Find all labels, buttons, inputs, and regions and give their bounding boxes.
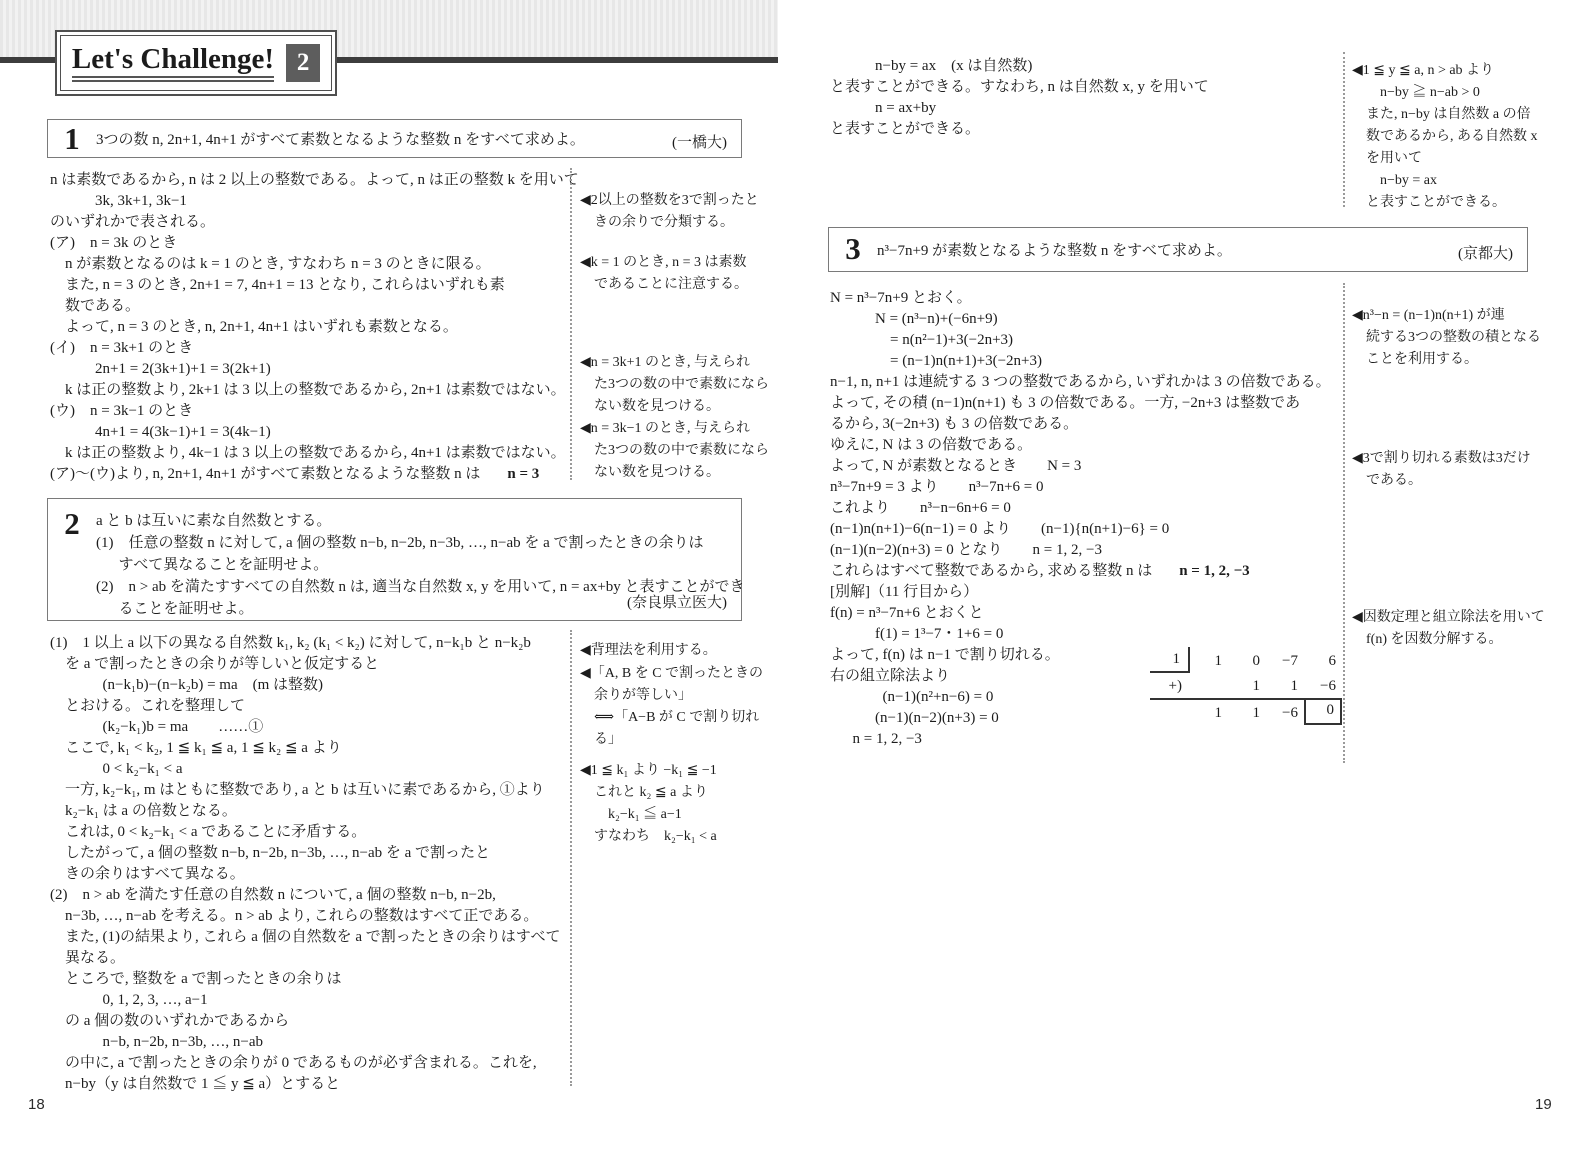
problem-1-number: 1 — [48, 120, 96, 156]
text-line: n = 1, 2, −3 — [830, 729, 1335, 750]
margin-note-line: ◀3で割り切れる素数は3だけ — [1352, 448, 1534, 470]
dotted-separator — [1343, 283, 1345, 763]
text-line: n = ax+by — [830, 98, 1335, 119]
margin-note-line: すなわち k₂−k₁ < a — [580, 826, 752, 848]
text-line: n−by = ax (x は自然数) — [830, 56, 1335, 77]
page-number-left: 18 — [28, 1096, 45, 1113]
margin-note-line: 余りが等しい」 — [580, 685, 752, 707]
margin-note-line: k₂−k₁ ≦ a−1 — [580, 804, 752, 826]
text-line: n−by（y は自然数で 1 ≦ y ≦ a）とすると — [50, 1074, 555, 1095]
margin-note: ◀因数定理と組立除法を用いてf(n) を因数分解する。 — [1352, 607, 1534, 651]
addition-cell: −6 — [1304, 674, 1342, 698]
text-line: ゆえに, N は 3 の倍数である。 — [830, 435, 1335, 456]
margin-notes-problem-2: ◀背理法を利用する。◀「A, B を C で割ったときの余りが等しい」⟺「A−B… — [580, 0, 752, 1167]
text-line: (n−k₁b)−(n−k₂b) = ma (m は整数) — [50, 675, 555, 696]
answer-bold: n = 1, 2, −3 — [1179, 563, 1249, 579]
coefficient-cell: 0 — [1228, 649, 1266, 673]
margin-note: ◀「A, B を C で割ったときの余りが等しい」⟺「A−B が C で割り切れ… — [580, 663, 752, 751]
answer-bold: n = 3 — [507, 466, 539, 482]
dotted-separator — [1343, 52, 1345, 207]
dotted-separator — [570, 630, 572, 1086]
text-line: 異なる。 — [50, 948, 555, 969]
text-line: ところで, 整数を a で割ったときの余りは — [50, 969, 555, 990]
margin-note-line: 続する3つの整数の積となる — [1352, 327, 1534, 349]
margin-note-line: である。 — [1352, 470, 1534, 492]
text-line: k は正の整数より, 4k−1 は 3 以上の整数であるから, 4n+1 は素数… — [50, 443, 555, 464]
text-line: n³−7n+9 = 3 より n³−7n+6 = 0 — [830, 477, 1335, 498]
coefficient-cell: 1 — [1190, 649, 1228, 673]
result-cell: −6 — [1266, 701, 1304, 725]
text-line: k₂−k₁ は a の倍数となる。 — [50, 801, 555, 822]
solution-2-continued: n−by = ax (x は自然数)と表すことができる。すなわち, n は自然数… — [830, 56, 1335, 140]
margin-note: ◀1 ≦ k₁ より −k₁ ≦ −1これと k₂ ≦ a より k₂−k₁ ≦… — [580, 760, 752, 848]
coefficient-cell: −7 — [1266, 649, 1304, 673]
text-line: n は素数であるから, n は 2 以上の整数である。よって, n は正の整数 … — [50, 170, 555, 191]
synthetic-division-table: 1 1 0 −7 6 +) 1 1 −6 1 1 −6 0 — [1150, 648, 1342, 725]
text-line: の a 個の数のいずれかであるから — [50, 1011, 555, 1032]
text-line: ここで, k₁ < k₂, 1 ≦ k₁ ≦ a, 1 ≦ k₂ ≦ a より — [50, 738, 555, 759]
text-line: るから, 3(−2n+3) も 3 の倍数である。 — [830, 414, 1335, 435]
text-line: (ア)〜(ウ)より, n, 2n+1, 4n+1 がすべて素数となるような整数 … — [50, 464, 555, 485]
coefficient-cell: 6 — [1304, 649, 1342, 673]
solution-1: n は素数であるから, n は 2 以上の整数である。よって, n は正の整数 … — [50, 170, 555, 485]
problem-2-number: 2 — [48, 507, 96, 541]
lets-challenge-inner-frame: Let's Challenge! 2 — [60, 35, 332, 91]
margin-note-line: f(n) を因数分解する。 — [1352, 629, 1534, 651]
text-line: と表すことができる。すなわち, n は自然数 x, y を用いて — [830, 77, 1335, 98]
text-line: よって, N が素数となるとき N = 3 — [830, 456, 1335, 477]
text-line: (n−1)(n−2)(n+3) = 0 となり n = 1, 2, −3 — [830, 540, 1335, 561]
text-line: 0 < k₂−k₁ < a — [50, 759, 555, 780]
margin-note-line: ◀背理法を利用する。 — [580, 640, 752, 662]
text-line: (イ) n = 3k+1 のとき — [50, 338, 555, 359]
text-line: の中に, a で割ったときの余りが 0 であるものが必ず含まれる。これを, — [50, 1053, 555, 1074]
dotted-separator — [570, 168, 572, 480]
text-line: f(1) = 1³−7・1+6 = 0 — [830, 624, 1335, 645]
margin-note: ◀3で割り切れる素数は3だけである。 — [1352, 448, 1534, 492]
text-line: n が素数となるのは k = 1 のとき, すなわち n = 3 のときに限る。 — [50, 254, 555, 275]
text-line: 2n+1 = 2(3k+1)+1 = 3(2k+1) — [50, 359, 555, 380]
synthetic-division-row-coefficients: 1 1 0 −7 6 — [1150, 648, 1342, 673]
text-line: N = n³−7n+9 とおく。 — [830, 288, 1335, 309]
addition-cell: 1 — [1228, 674, 1266, 698]
lets-challenge-title: Let's Challenge! — [72, 44, 274, 83]
text-line: のいずれかで表される。 — [50, 212, 555, 233]
text-line: よって, その積 (n−1)n(n+1) も 3 の倍数である。一方, −2n+… — [830, 393, 1335, 414]
addition-cell: 1 — [1266, 674, 1304, 698]
text-line: と表すことができる。 — [830, 119, 1335, 140]
text-line: これは, 0 < k₂−k₁ < a であることに矛盾する。 — [50, 822, 555, 843]
lets-challenge-badge: Let's Challenge! 2 — [55, 30, 337, 96]
margin-note-line: ことを利用する。 — [1352, 349, 1534, 371]
page-number-right: 19 — [1535, 1096, 1552, 1113]
text-line: n−3b, …, n−ab を考える。n > ab より, これらの整数はすべて… — [50, 906, 555, 927]
text-line: 一方, k₂−k₁, m はともに整数であり, a と b は互いに素であるから… — [50, 780, 555, 801]
margin-note-line: ◀n³−n = (n−1)n(n+1) が連 — [1352, 305, 1534, 327]
text-line: (ア) n = 3k のとき — [50, 233, 555, 254]
text-line: n−b, n−2b, n−3b, …, n−ab — [50, 1032, 555, 1053]
text-line: 3k, 3k+1, 3k−1 — [50, 191, 555, 212]
text-line: (2) n > ab を満たす任意の自然数 n について, a 個の整数 n−b… — [50, 885, 555, 906]
text-line: n−1, n, n+1 は連続する 3 つの整数であるから, いずれかは 3 の… — [830, 372, 1335, 393]
text-line: よって, n = 3 のとき, n, 2n+1, 4n+1 はいずれも素数となる… — [50, 317, 555, 338]
margin-notes-problem-3: ◀n³−n = (n−1)n(n+1) が連続する3つの整数の積となることを利用… — [1352, 0, 1534, 1167]
margin-note-line: ◀因数定理と組立除法を用いて — [1352, 607, 1534, 629]
result-cell: 1 — [1190, 701, 1228, 725]
result-cell: 1 — [1228, 701, 1266, 725]
remainder-cell: 0 — [1304, 698, 1342, 725]
text-line: 4n+1 = 4(3k−1)+1 = 3(4k−1) — [50, 422, 555, 443]
text-line: したがって, a 個の整数 n−b, n−2b, n−3b, …, n−ab を… — [50, 843, 555, 864]
lets-challenge-number: 2 — [286, 44, 320, 82]
text-line: きの余りはすべて異なる。 — [50, 864, 555, 885]
margin-note-line: ◀「A, B を C で割ったときの — [580, 663, 752, 685]
text-line: f(n) = n³−7n+6 とおくと — [830, 603, 1335, 624]
text-line: (ウ) n = 3k−1 のとき — [50, 401, 555, 422]
text-line: = n(n²−1)+3(−2n+3) — [830, 330, 1335, 351]
margin-note-line: これと k₂ ≦ a より — [580, 782, 752, 804]
synthetic-division-row-addition: +) 1 1 −6 — [1150, 673, 1342, 700]
text-line: 数である。 — [50, 296, 555, 317]
text-line: (n−1)n(n+1)−6(n−1) = 0 より (n−1){n(n+1)−6… — [830, 519, 1335, 540]
problem-1-statement: 3つの数 n, 2n+1, 4n+1 がすべて素数となるような整数 n をすべて… — [96, 128, 585, 149]
margin-note: ◀背理法を利用する。 — [580, 640, 752, 662]
problem-3-number: 3 — [829, 232, 877, 266]
text-line: とおける。これを整理して — [50, 696, 555, 717]
text-line: また, (1)の結果より, これら a 個の自然数を a で割ったときの余りはす… — [50, 927, 555, 948]
text-line: を a で割ったときの余りが等しいと仮定すると — [50, 654, 555, 675]
textbook-spread: Let's Challenge! 2 1 3つの数 n, 2n+1, 4n+1 … — [0, 0, 1580, 1167]
margin-note-line: ◀1 ≦ k₁ より −k₁ ≦ −1 — [580, 760, 752, 782]
text-line: (1) 1 以上 a 以下の異なる自然数 k₁, k₂ (k₁ < k₂) に対… — [50, 633, 555, 654]
text-line: また, n = 3 のとき, 2n+1 = 7, 4n+1 = 13 となり, … — [50, 275, 555, 296]
text-line: これらはすべて整数であるから, 求める整数 n はn = 1, 2, −3 — [830, 561, 1335, 582]
margin-note-line: る」 — [580, 729, 752, 751]
plus-label: +) — [1150, 674, 1190, 698]
margin-note-line: ⟺「A−B が C で割り切れ — [580, 707, 752, 729]
text-line: これより n³−n−6n+6 = 0 — [830, 498, 1335, 519]
margin-note: ◀n³−n = (n−1)n(n+1) が連続する3つの整数の積となることを利用… — [1352, 305, 1534, 371]
problem-3-statement: n³−7n+9 が素数となるような整数 n をすべて求めよ。 — [877, 239, 1232, 260]
text-line: = (n−1)n(n+1)+3(−2n+3) — [830, 351, 1335, 372]
text-line: k は正の整数より, 2k+1 は 3 以上の整数であるから, 2n+1 は素数… — [50, 380, 555, 401]
synthetic-division-row-result: 1 1 −6 0 — [1150, 700, 1342, 725]
text-line: [別解]（11 行目から） — [830, 582, 1335, 603]
text-line: (k₂−k₁)b = ma ……① — [50, 717, 555, 738]
text-line: 0, 1, 2, 3, …, a−1 — [50, 990, 555, 1011]
synthetic-division-divisor: 1 — [1150, 647, 1190, 673]
text-line: N = (n³−n)+(−6n+9) — [830, 309, 1335, 330]
solution-2: (1) 1 以上 a 以下の異なる自然数 k₁, k₂ (k₁ < k₂) に対… — [50, 633, 555, 1095]
